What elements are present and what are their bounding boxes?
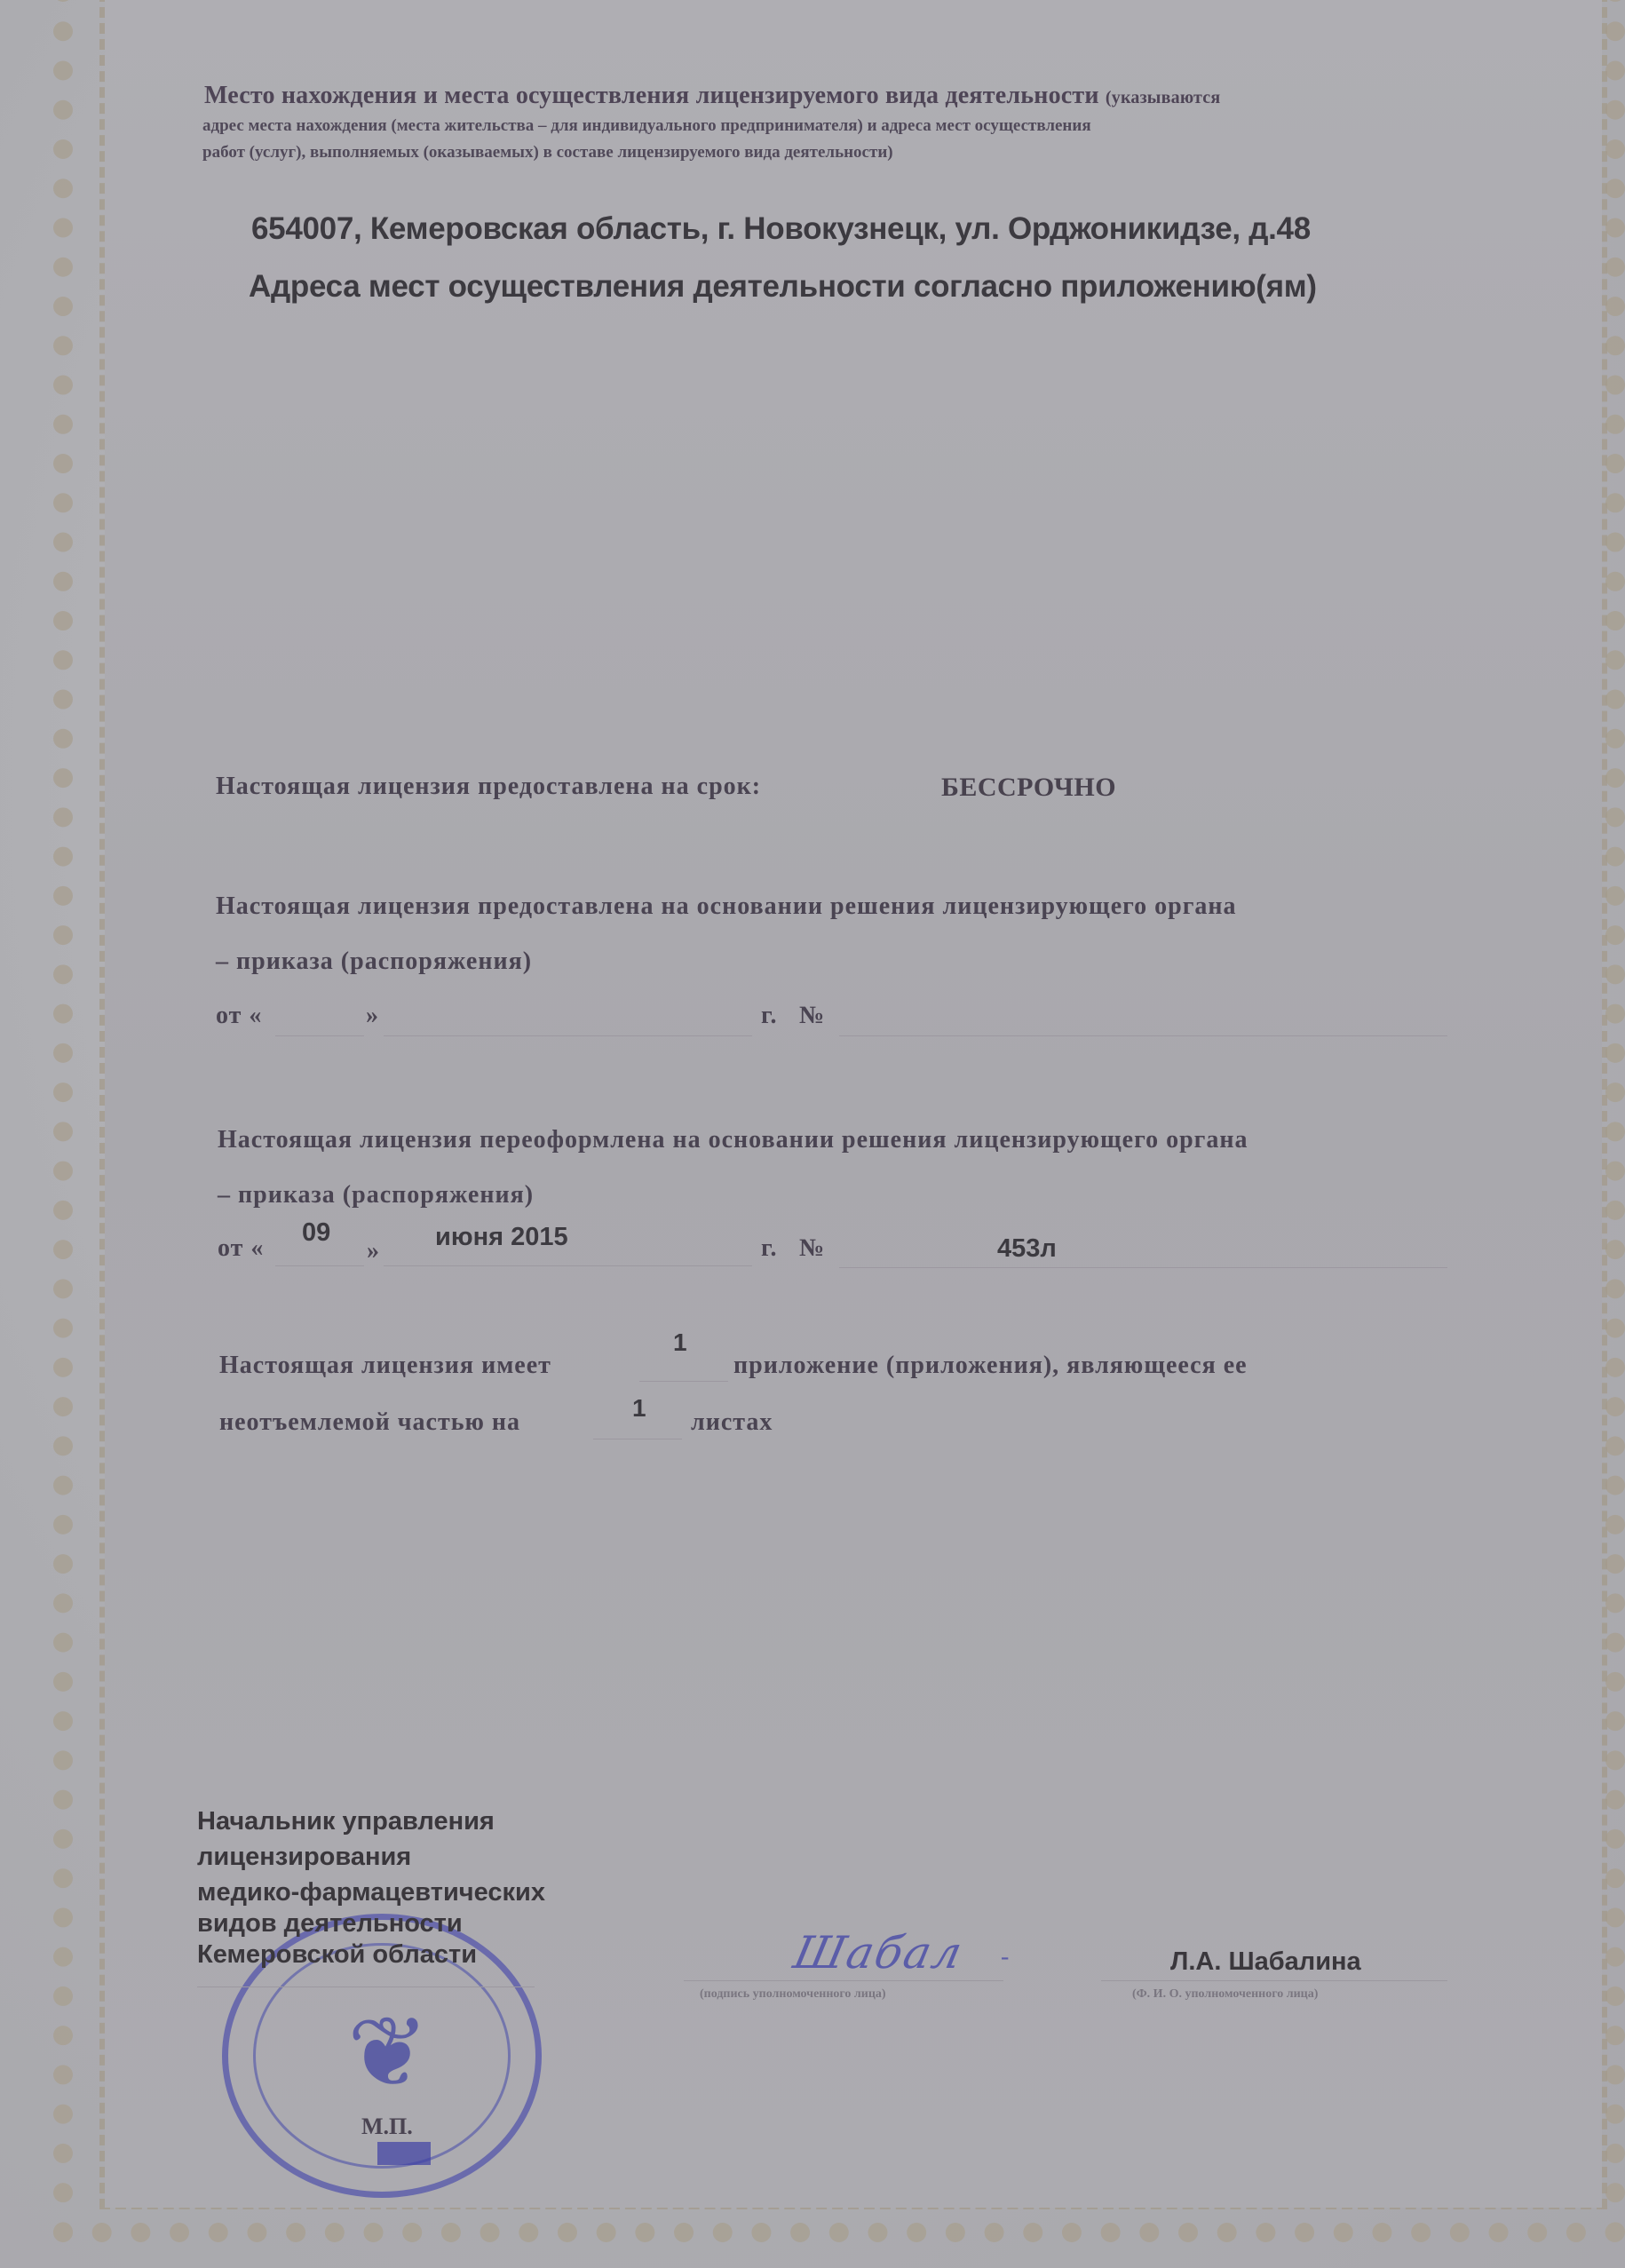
signatory-position-line: видов деятельности (197, 1909, 463, 1939)
reissue-from-label: от « (218, 1234, 264, 1262)
signatory-name: Л.А. Шабалина (1170, 1947, 1361, 1977)
name-caption: (Ф. И. О. уполномоченного лица) (1132, 1987, 1318, 2002)
basis-line-1: Настоящая лицензия предоставлена на осно… (216, 892, 1237, 921)
handwritten-signature: Шабал (789, 1927, 968, 1979)
signatory-position-line: медико-фармацевтических (197, 1878, 545, 1907)
signature-tail: - (1001, 1943, 1009, 1971)
position-underline (197, 1986, 535, 1987)
coat-of-arms-eagle-icon: ❦ (335, 1991, 441, 2115)
stamp-ink-block (377, 2142, 431, 2165)
reissue-number-field: 453л (997, 1234, 1057, 1264)
annex-line-2-suffix: листах (691, 1408, 773, 1437)
reissue-day-underline (275, 1265, 364, 1266)
basis-number-underline (839, 1035, 1447, 1036)
reissue-line-2: – приказа (распоряжения) (218, 1181, 534, 1209)
document-background: Место нахождения и места осуществления л… (0, 0, 1625, 2268)
basis-date-row: от « (216, 1002, 262, 1030)
header-line-2: адрес места нахождения (места жительства… (202, 116, 1091, 136)
basis-year-label: г. (761, 1002, 778, 1030)
reissue-month-underline (384, 1265, 752, 1266)
annex-count-underline (639, 1381, 728, 1382)
name-underline (1101, 1980, 1447, 1981)
signatory-position-line: Начальник управления (197, 1807, 495, 1836)
header-title-text: Место нахождения и места осуществления л… (204, 82, 1099, 109)
reissue-month-year-field: июня 2015 (435, 1223, 568, 1252)
term-label: Настоящая лицензия предоставлена на срок… (216, 773, 761, 801)
document-page (105, 0, 1602, 2208)
signatory-position-line: лицензирования (197, 1843, 411, 1872)
reissue-date-row: от « (218, 1234, 264, 1263)
sheet-count-field: 1 (632, 1394, 646, 1423)
basis-month-underline (384, 1035, 752, 1036)
reissue-year-label: г. (761, 1234, 778, 1263)
basis-quote-close: » (366, 1002, 379, 1030)
term-value: БЕССРОЧНО (941, 773, 1116, 803)
signature-caption: (подпись уполномоченного лица) (700, 1987, 886, 2002)
basis-day-underline (275, 1035, 364, 1036)
annex-line-1-prefix: Настоящая лицензия имеет (219, 1352, 551, 1380)
signatory-position-line: Кемеровской области (197, 1940, 477, 1970)
basis-line-2: – приказа (распоряжения) (216, 948, 532, 976)
reissue-quote-close: » (367, 1237, 380, 1265)
annex-line-1-suffix: приложение (приложения), являющееся ее (733, 1352, 1248, 1380)
reissue-number-underline (839, 1267, 1447, 1268)
reissue-day-field: 09 (302, 1218, 330, 1248)
header-line-3: работ (услуг), выполняемых (оказываемых)… (202, 143, 893, 163)
activity-places-note: Адреса мест осуществления деятельности с… (249, 269, 1317, 305)
header-title-note: (указываются (1106, 88, 1221, 107)
header-title: Место нахождения и места осуществления л… (204, 82, 1220, 110)
stamp-label: М.П. (361, 2113, 413, 2140)
annex-count-field: 1 (673, 1328, 687, 1357)
signature-underline (684, 1980, 1003, 1981)
basis-from-label: от « (216, 1002, 262, 1029)
sheet-count-underline (593, 1439, 682, 1439)
location-address: 654007, Кемеровская область, г. Новокузн… (251, 211, 1311, 247)
reissue-number-label: № (799, 1234, 825, 1263)
annex-line-2-prefix: неотъемлемой частью на (219, 1408, 520, 1437)
reissue-line-1: Настоящая лицензия переоформлена на осно… (218, 1126, 1248, 1154)
basis-number-label: № (799, 1002, 825, 1030)
